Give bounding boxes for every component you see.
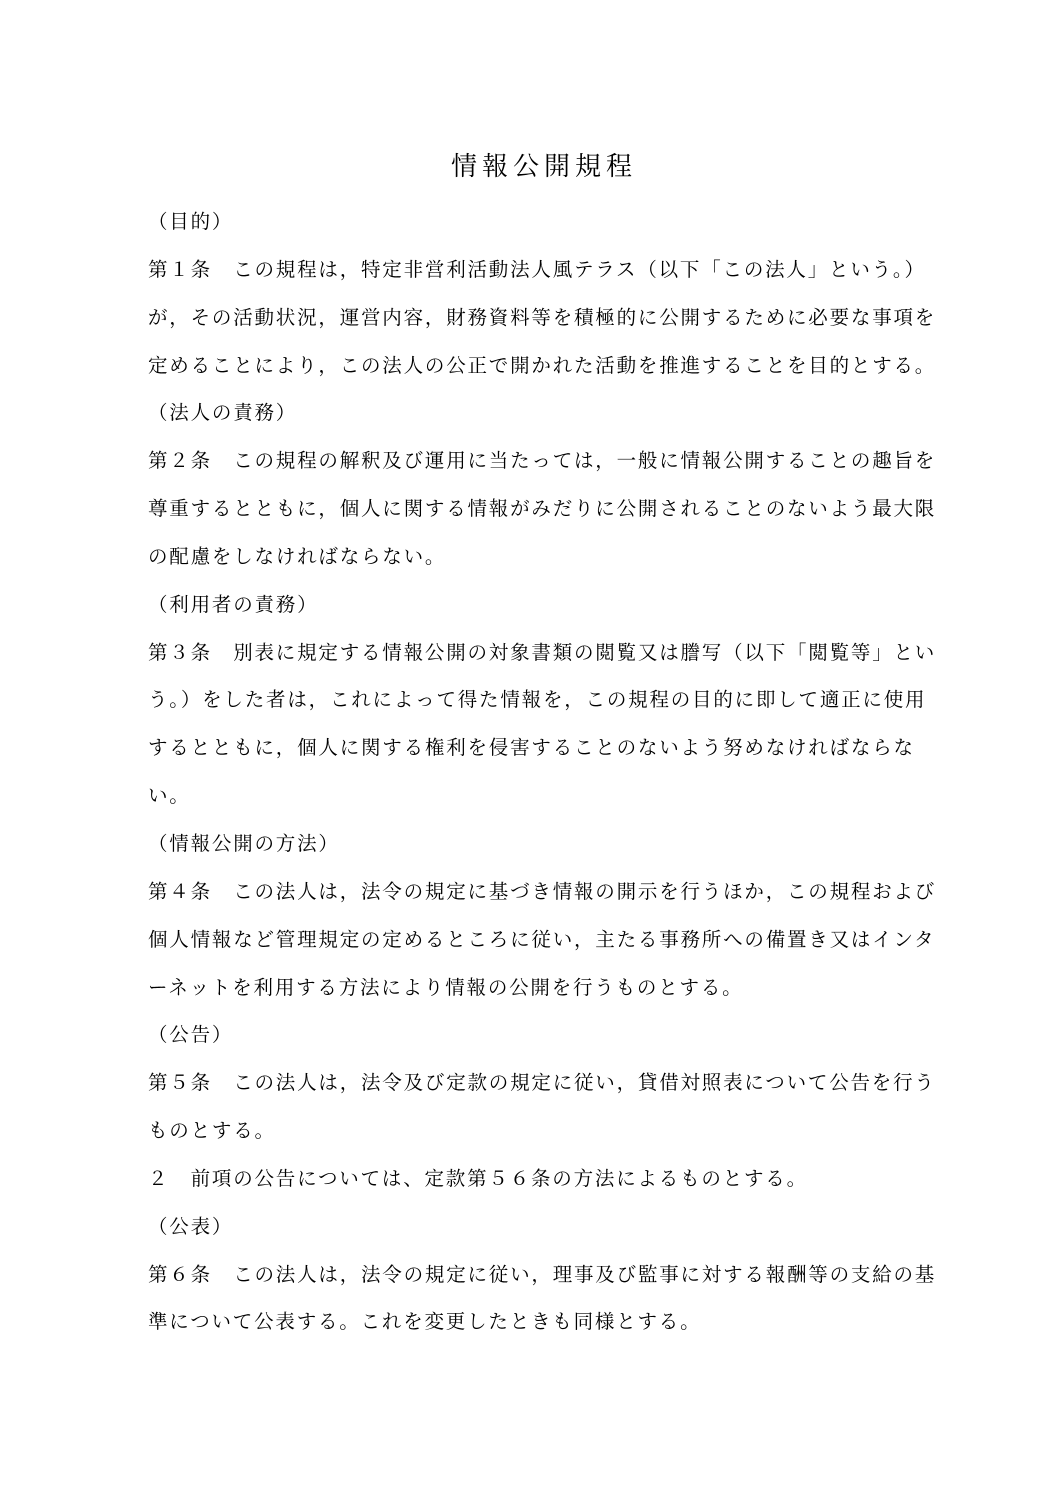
- text-line: 準について公表する。これを変更したときも同様とする。: [148, 1299, 948, 1347]
- text-line: （情報公開の方法）: [148, 821, 948, 869]
- text-line: う。）をした者は，これによって得た情報を，この規程の目的に即して適正に使用: [148, 677, 948, 725]
- text-line: （目的）: [148, 199, 948, 247]
- text-line: い。: [148, 773, 948, 821]
- document-title: 情報公開規程: [148, 150, 940, 184]
- text-line: （法人の責務）: [148, 390, 948, 438]
- text-line: ２ 前項の公告については、定款第５６条の方法によるものとする。: [148, 1156, 948, 1204]
- text-line: （利用者の責務）: [148, 582, 948, 630]
- text-line: 第６条 この法人は，法令の規定に従い，理事及び監事に対する報酬等の支給の基: [148, 1252, 948, 1300]
- text-line: が，その活動状況，運営内容，財務資料等を積極的に公開するために必要な事項を: [148, 295, 948, 343]
- text-line: 個人情報など管理規定の定めるところに従い，主たる事務所への備置き又はインタ: [148, 917, 948, 965]
- text-line: 第５条 この法人は，法令及び定款の規定に従い，貸借対照表について公告を行う: [148, 1060, 948, 1108]
- text-line: （公告）: [148, 1012, 948, 1060]
- text-line: 第３条 別表に規定する情報公開の対象書類の閲覧又は謄写（以下「閲覧等」とい: [148, 630, 948, 678]
- text-line: するとともに，個人に関する権利を侵害することのないよう努めなければならな: [148, 725, 948, 773]
- text-line: ーネットを利用する方法により情報の公開を行うものとする。: [148, 965, 948, 1013]
- text-line: 第４条 この法人は，法令の規定に基づき情報の開示を行うほか，この規程および: [148, 869, 948, 917]
- text-line: 第１条 この規程は，特定非営利活動法人風テラス（以下「この法人」という。）: [148, 247, 948, 295]
- text-line: 尊重するとともに，個人に関する情報がみだりに公開されることのないよう最大限: [148, 486, 948, 534]
- document-page: 情報公開規程 （目的）第１条 この規程は，特定非営利活動法人風テラス（以下「この…: [0, 0, 1058, 1497]
- text-line: 定めることにより，この法人の公正で開かれた活動を推進することを目的とする。: [148, 343, 948, 391]
- text-line: 第２条 この規程の解釈及び運用に当たっては，一般に情報公開することの趣旨を: [148, 438, 948, 486]
- text-line: の配慮をしなければならない。: [148, 534, 948, 582]
- document-body: （目的）第１条 この規程は，特定非営利活動法人風テラス（以下「この法人」という。…: [148, 199, 948, 1347]
- text-line: （公表）: [148, 1204, 948, 1252]
- text-line: ものとする。: [148, 1108, 948, 1156]
